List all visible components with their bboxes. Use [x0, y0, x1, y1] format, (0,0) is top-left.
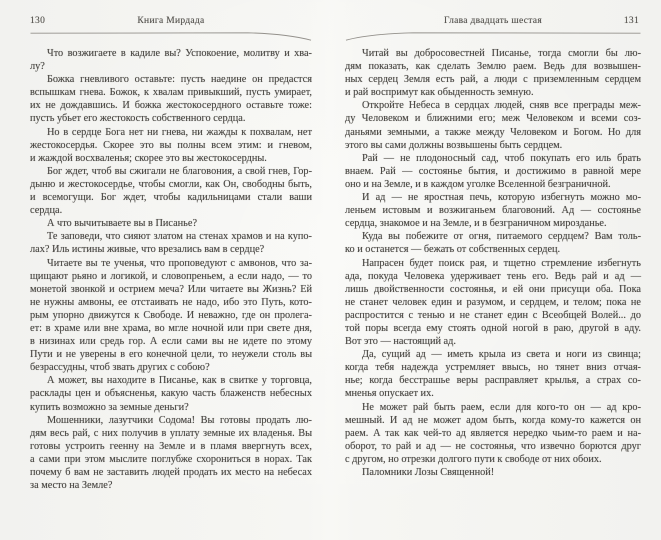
text-line: в низинах или средь гор. А если сами вы …: [30, 335, 312, 348]
text-line: расклады цен и объясненья, какую часть б…: [30, 387, 312, 400]
paragraph: Божка гневливого оставьте: пусть наедине…: [30, 73, 312, 125]
text-line: с другом, но отрезки долгого пути к своб…: [345, 453, 641, 466]
text-line: Вот это — настоящий ад.: [345, 335, 641, 348]
paragraph: Рай — не плодоносный сад, чтоб покупать …: [345, 152, 641, 191]
text-line: А может, вы находите в Писанье, как в св…: [30, 374, 312, 387]
text-line: ных сердец Земля есть рай, а люди с приз…: [345, 73, 641, 86]
text-line: Откройте Небеса в сердцах людей, сняв вс…: [345, 99, 641, 112]
paragraph: Читаете вы те ученья, что проповедуют с …: [30, 257, 312, 375]
paragraph: Не может рай быть раем, если для кого-то…: [345, 401, 641, 466]
paragraph: А может, вы находите в Писанье, как в св…: [30, 374, 312, 413]
text-line: оборот, то рай и ад — не состоянья, что …: [345, 440, 641, 453]
page-left: 130 Книга Мирдада Что возжигаете в кадил…: [30, 16, 312, 492]
text-line: рым упорно движутся к Свободе. И неважно…: [30, 309, 312, 322]
text-line: безрассудны, чтоб звать других с собою?: [30, 361, 312, 374]
text-line: Напрасен будет поиск рая, и тщетно стрем…: [345, 257, 641, 270]
text-line: ко и останется — бежать от собственных с…: [345, 243, 641, 256]
paragraph: Те заповеди, что сияют златом на стенах …: [30, 230, 312, 256]
text-line: Что возжигаете в кадиле вы? Успокоение, …: [30, 47, 312, 60]
text-line: нье; когда бесстрашье веры расправляет к…: [345, 374, 641, 387]
paragraph: Читай вы добросовестней Писанье, тогда с…: [345, 47, 641, 99]
text-line: пусть убьет его жестокость собственного …: [30, 112, 312, 125]
text-line: их не дождавшись. И божка жестокосердног…: [30, 99, 312, 112]
text-line: ет: в храме или вне храма, во мгле ночно…: [30, 322, 312, 335]
paragraph: Бог ждет, чтоб вы сжигали не благовония,…: [30, 165, 312, 217]
text-line: Читай вы добросовестней Писанье, тогда с…: [345, 47, 641, 60]
book-spread: 130 Книга Мирдада Что возжигаете в кадил…: [0, 0, 661, 540]
text-line: и рай воспримут как обыденность земную.: [345, 86, 641, 99]
text-line: этого вы сами должны возвышены быть серд…: [345, 139, 641, 152]
text-line: мешный. И ад не может адом быть, когда к…: [345, 414, 641, 427]
text-line: мненья опускает их.: [345, 387, 641, 400]
text-line: Божка гневливого оставьте: пусть наедине…: [30, 73, 312, 86]
text-line: Да, сущий ад — иметь крыла из света и но…: [345, 348, 641, 361]
text-line: Паломники Лозы Священной!: [345, 466, 641, 479]
text-line: а сами при этом мыслите поглубже схорони…: [30, 453, 312, 466]
text-line: ду Человеком и ближними его; меж Человек…: [345, 112, 641, 125]
text-line: сердца.: [30, 204, 312, 217]
text-line: лишь двойственности состоянья, и ей они …: [345, 283, 641, 296]
text-line: монетой звонкой и острием меча? Или чита…: [30, 283, 312, 296]
text-line: дям весь рай, с них получив в уплату зем…: [30, 427, 312, 440]
text-line: готовы устроить геенну на Земле и в плам…: [30, 440, 312, 453]
text-line: дыню и жестокосердье, чтобы смогли, как …: [30, 178, 312, 191]
page-number-left: 130: [30, 16, 45, 26]
text-line: лах? Иль истины живые, что врезались вам…: [30, 243, 312, 256]
running-title-right: Глава двадцать шестая: [345, 16, 641, 26]
text-line: за место на Земле?: [30, 479, 312, 492]
text-line: распростится с тенью и не станет един с …: [345, 309, 641, 322]
text-line: дям показать, как сделать Землю раем. Ве…: [345, 60, 641, 73]
text-line: Рай — не плодоносный сад, чтоб покупать …: [345, 152, 641, 165]
text-line: вспышкам гнева. Божок, к хвалам привыкши…: [30, 86, 312, 99]
page-right: Глава двадцать шестая 131 Читай вы добро…: [345, 16, 641, 479]
paragraph: И ад — не яростная печь, которую избегну…: [345, 191, 641, 230]
running-title-left: Книга Мирдада: [30, 16, 312, 26]
text-line: щищают рьяно и логикой, и словопреньем, …: [30, 270, 312, 283]
header-rule-left: [30, 31, 312, 42]
text-line: леньем истовым и возжиганьем благовоний.…: [345, 204, 641, 217]
text-line: купить возможно за земные деньги?: [30, 401, 312, 414]
text-line: раем. А так как чей-то ад является неред…: [345, 427, 641, 440]
paragraph: Напрасен будет поиск рая, и тщетно стрем…: [345, 257, 641, 349]
text-line: когда тебя надежда устремляет ввысь, но …: [345, 361, 641, 374]
text-line: Куда вы побежите от огня, питаемого серд…: [345, 230, 641, 243]
text-line: не станет человек един и разумом, и серд…: [345, 296, 641, 309]
text-line: Читаете вы те ученья, что проповедуют с …: [30, 257, 312, 270]
text-line: даньями земными, а также между Человеком…: [345, 126, 641, 139]
text-line: сердца, знакомое и на Земле, и в безгран…: [345, 217, 641, 230]
text-line: Те заповеди, что сияют златом на стенах …: [30, 230, 312, 243]
text-line: и всемогущи. Бог ждет, чтобы кадильницам…: [30, 191, 312, 204]
paragraph: Мошенники, лазутчики Содома! Вы готовы п…: [30, 414, 312, 493]
paragraph: А что вычитываете вы в Писанье?: [30, 217, 312, 230]
text-line: жестокосердья. Скорее это вы полны всем …: [30, 139, 312, 152]
text-line: Бог ждет, чтоб вы сжигали не благовония,…: [30, 165, 312, 178]
text-line: Пути и не уверены в его конечной цели, т…: [30, 348, 312, 361]
text-line: почему б вам не заставить людей продать …: [30, 466, 312, 479]
text-line: ада, покуда Человека удерживает тень его…: [345, 270, 641, 283]
page-body-left: Что возжигаете в кадиле вы? Успокоение, …: [30, 47, 312, 492]
text-line: Не может рай быть раем, если для кого-то…: [345, 401, 641, 414]
text-line: оно и на Земле, и в каждом уголке Вселен…: [345, 178, 641, 191]
paragraph: Паломники Лозы Священной!: [345, 466, 641, 479]
text-line: И ад — не яростная печь, которую избегну…: [345, 191, 641, 204]
paragraph: Но в сердце Бога нет ни гнева, ни жажды …: [30, 126, 312, 165]
text-line: лу?: [30, 60, 312, 73]
text-line: и жаждой восхваленья; скорее это вы жест…: [30, 152, 312, 165]
text-line: А что вычитываете вы в Писанье?: [30, 217, 312, 230]
paragraph: Что возжигаете в кадиле вы? Успокоение, …: [30, 47, 312, 73]
paragraph: Да, сущий ад — иметь крыла из света и но…: [345, 348, 641, 400]
header-rule-right: [345, 31, 641, 42]
paragraph: Откройте Небеса в сердцах людей, сняв вс…: [345, 99, 641, 151]
page-body-right: Читай вы добросовестней Писанье, тогда с…: [345, 47, 641, 479]
text-line: не нужны амвоны, ее отстаивать не надо, …: [30, 296, 312, 309]
page-header-left: 130 Книга Мирдада: [30, 16, 312, 28]
text-line: той поры всегда ему стоять одной ногой в…: [345, 322, 641, 335]
page-header-right: Глава двадцать шестая 131: [345, 16, 641, 28]
text-line: Мошенники, лазутчики Содома! Вы готовы п…: [30, 414, 312, 427]
page-number-right: 131: [624, 16, 639, 26]
text-line: внаем. Рай — состоянье бытия, и достижим…: [345, 165, 641, 178]
text-line: Но в сердце Бога нет ни гнева, ни жажды …: [30, 126, 312, 139]
paragraph: Куда вы побежите от огня, питаемого серд…: [345, 230, 641, 256]
